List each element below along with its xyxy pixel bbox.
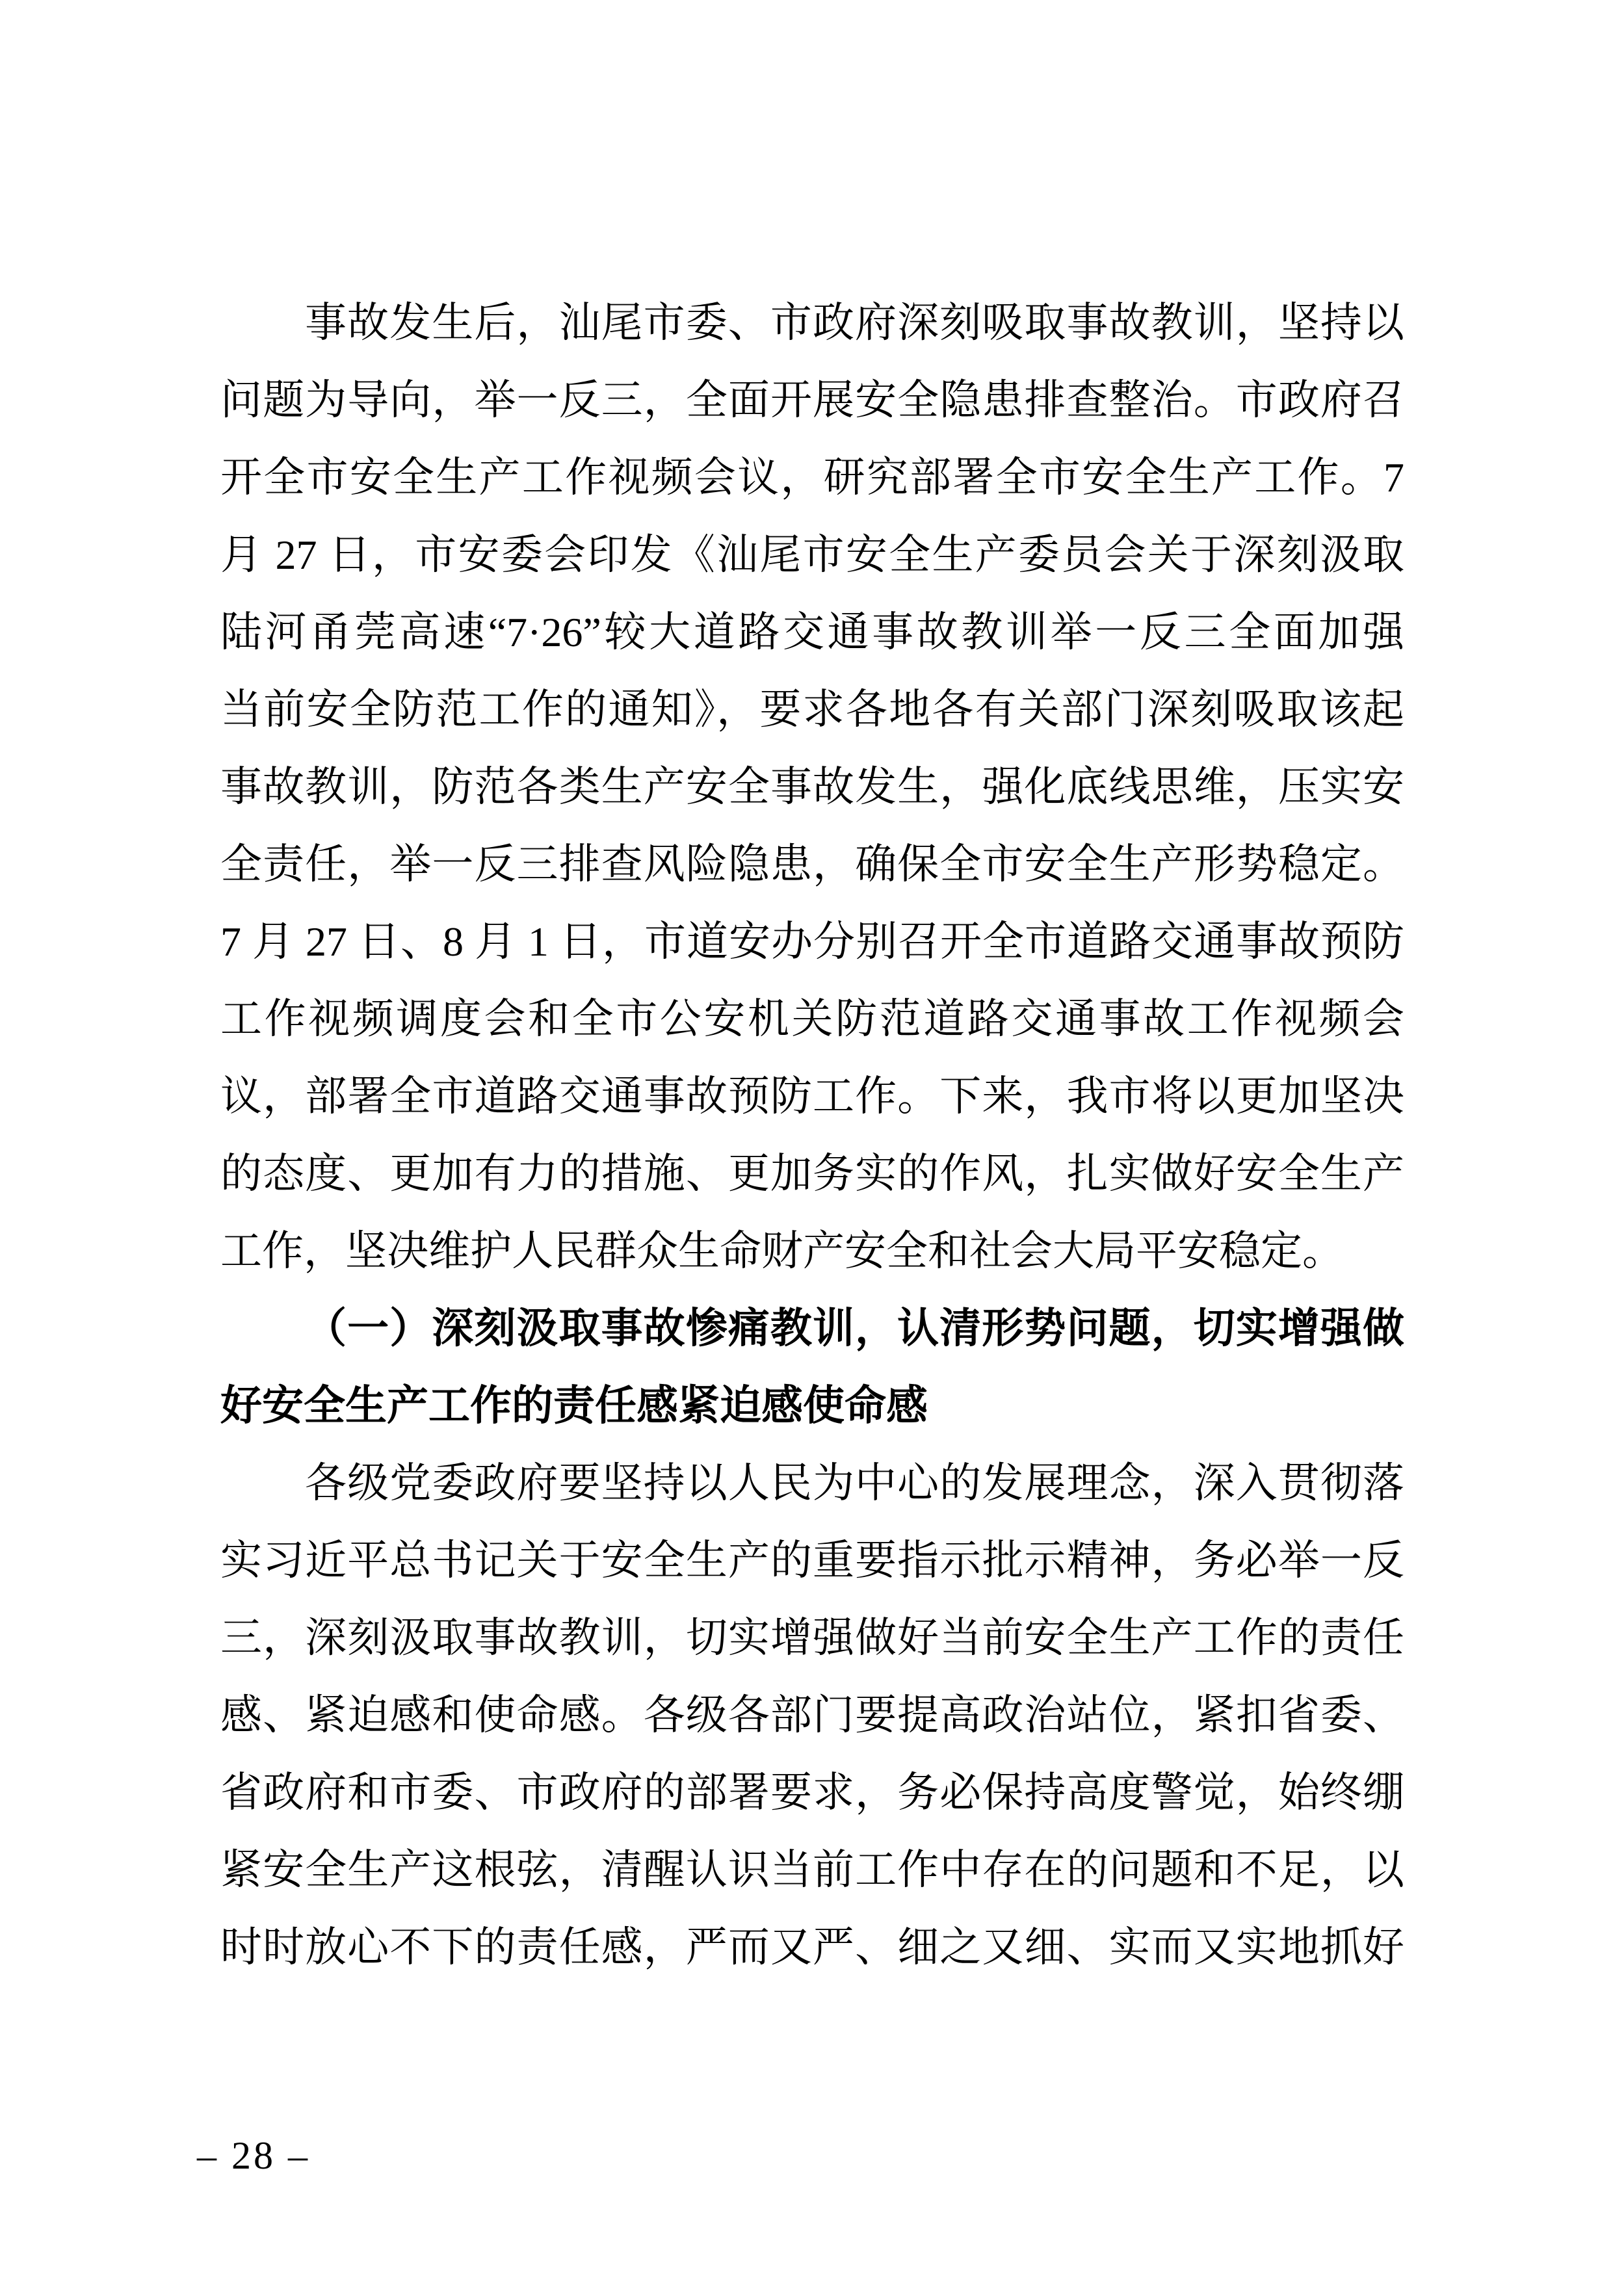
text-line: 议，部署全市道路交通事故预防工作。下来，我市将以更加坚决 (220, 1058, 1404, 1135)
text-line: 当前安全防范工作的通知》，要求各地各有关部门深刻吸取该起 (220, 671, 1404, 748)
text-line: 开全市安全生产工作视频会议，研究部署全市安全生产工作。7 (220, 439, 1404, 516)
text-line: 问题为导向，举一反三，全面开展安全隐患排查整治。市政府召 (220, 361, 1404, 439)
text-line: 时时放心不下的责任感，严而又严、细之又细、实而又实地抓好 (220, 1909, 1404, 1986)
text-line: 月 27 日，市安委会印发《汕尾市安全生产委员会关于深刻汲取 (220, 516, 1404, 594)
text-line: 的态度、更加有力的措施、更加务实的作风，扎实做好安全生产 (220, 1135, 1404, 1212)
section-heading-line: （一）深刻汲取事故惨痛教训，认清形势问题，切实增强做 (220, 1290, 1404, 1367)
text-line: 省政府和市委、市政府的部署要求，务必保持高度警觉，始终绷 (220, 1754, 1404, 1831)
text-line: 实习近平总书记关于安全生产的重要指示批示精神，务必举一反 (220, 1522, 1404, 1599)
document-page: 事故发生后，汕尾市委、市政府深刻吸取事故教训，坚持以 问题为导向，举一反三，全面… (0, 0, 1613, 2296)
text-line: 工作，坚决维护人民群众生命财产安全和社会大局平安稳定。 (220, 1212, 1404, 1290)
document-body: 事故发生后，汕尾市委、市政府深刻吸取事故教训，坚持以 问题为导向，举一反三，全面… (220, 284, 1404, 1986)
text-line: 事故发生后，汕尾市委、市政府深刻吸取事故教训，坚持以 (220, 284, 1404, 361)
text-line: 三，深刻汲取事故教训，切实增强做好当前安全生产工作的责任 (220, 1599, 1404, 1676)
page-number: – 28 – (197, 2132, 310, 2179)
text-line: 7 月 27 日、8 月 1 日，市道安办分别召开全市道路交通事故预防 (220, 903, 1404, 980)
text-line: 紧安全生产这根弦，清醒认识当前工作中存在的问题和不足，以 (220, 1831, 1404, 1909)
section-heading-line: 好安全生产工作的责任感紧迫感使命感 (220, 1367, 1404, 1444)
text-line: 全责任，举一反三排查风险隐患，确保全市安全生产形势稳定。 (220, 826, 1404, 903)
text-line: 各级党委政府要坚持以人民为中心的发展理念，深入贯彻落 (220, 1444, 1404, 1522)
text-line: 事故教训，防范各类生产安全事故发生，强化底线思维，压实安 (220, 748, 1404, 826)
text-line: 陆河甬莞高速“7·26”较大道路交通事故教训举一反三全面加强 (220, 594, 1404, 671)
text-line: 感、紧迫感和使命感。各级各部门要提高政治站位，紧扣省委、 (220, 1676, 1404, 1754)
text-line: 工作视频调度会和全市公安机关防范道路交通事故工作视频会 (220, 980, 1404, 1058)
